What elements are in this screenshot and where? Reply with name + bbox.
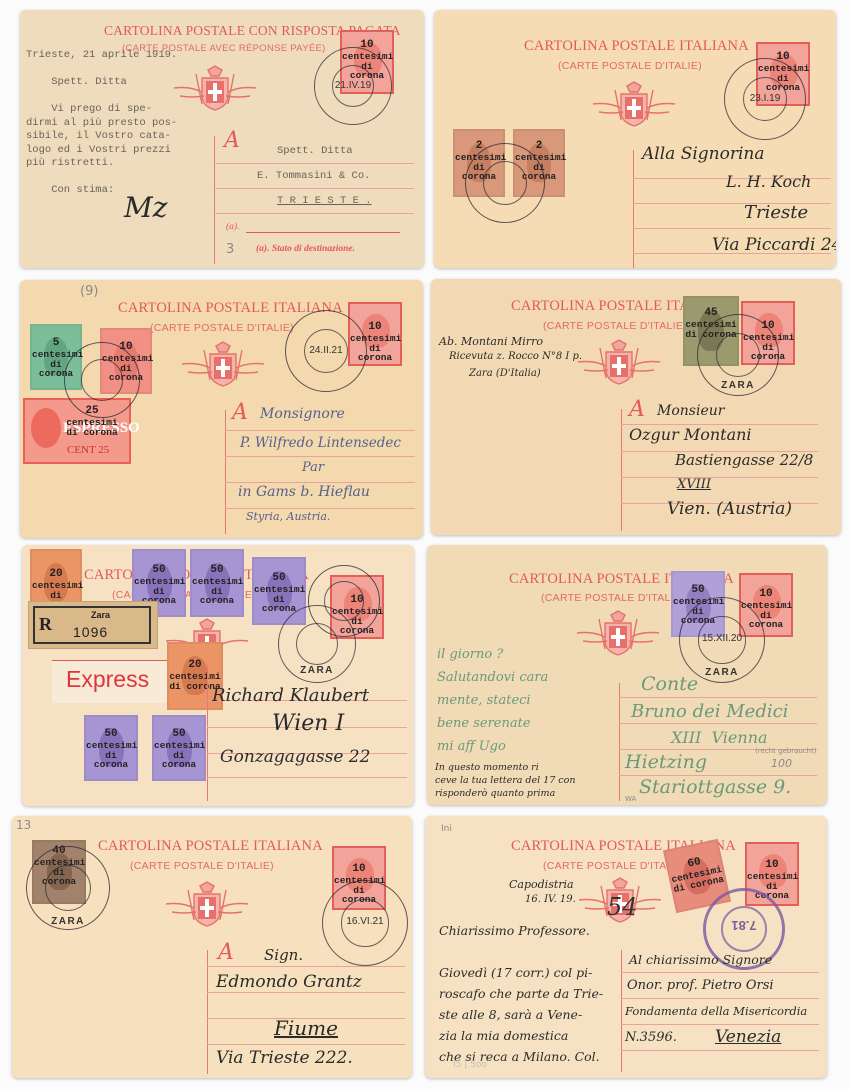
address-line-2: E. Tommasini & Co. (257, 170, 370, 184)
sender-line-1: Ab. Montani Mirro (439, 335, 543, 349)
address-line-2: P. Wilfredo Lintensedec (240, 435, 401, 452)
divider-line (207, 665, 208, 801)
address-line-2: Ozgur Montani (629, 425, 752, 445)
address-line-5: Styria, Austria. (246, 510, 330, 524)
postcard-8: Ini CARTOLINA POSTALE ITALIANA (CARTE PO… (425, 816, 827, 1078)
address-line-3: Trieste (744, 202, 808, 225)
postmark: ZARA (26, 846, 110, 930)
address-line-5: Stariottgasse 9. (639, 776, 791, 800)
coat-of-arms-icon (170, 62, 260, 118)
postcard-7: 13 CARTOLINA POSTALE ITALIANA (CARTE POS… (12, 816, 412, 1078)
address-line-1: Conte (641, 673, 698, 697)
address-line-1: Al chiarissimo Signore (629, 952, 772, 968)
divider-line (633, 150, 634, 268)
address-line-1: Monsignore (260, 406, 345, 424)
address-line-4: Via Trieste 222. (216, 1048, 353, 1069)
postmark (465, 143, 545, 223)
address-line-1: Alla Signorina (642, 144, 765, 165)
divider-line (621, 950, 622, 1072)
card-subtitle: (CARTE POSTALE D'ITALIE) (150, 322, 294, 334)
postmark (64, 342, 140, 418)
divider-line (207, 950, 208, 1074)
address-line-1: Richard Klaubert (212, 685, 369, 708)
address-line (214, 163, 414, 164)
postcard-5: CARTOLINA POSTALE ITALIANA (CARTE POSTAL… (22, 545, 414, 806)
divider-line (214, 136, 215, 264)
coat-of-arms-icon (574, 336, 664, 392)
postmark: 23.I.19 (724, 58, 806, 140)
coat-of-arms-icon (162, 878, 252, 934)
address-line-2: Onor. prof. Pietro Orsi (627, 978, 774, 994)
pencil-price: 100 (771, 757, 792, 770)
registration-label: R Zara 1096 (28, 601, 158, 649)
address-mark: A (224, 128, 240, 153)
big-pencil-mark: 54 (607, 892, 638, 922)
address-line-3: Fondamenta della Misericordia (625, 1004, 807, 1018)
coat-of-arms-icon (573, 607, 663, 663)
card-subtitle: (CARTE POSTALE D'ITALIE) (541, 592, 685, 604)
sender-line-2: Ricevuta z. Rocco N°8 I p. (449, 351, 582, 364)
stamp-50c-5: 50centesimidi corona (152, 715, 206, 781)
pencil-note: (9) (80, 284, 98, 299)
signature: Mz (124, 190, 167, 225)
address-mark: A (218, 940, 234, 965)
address-mark: A (232, 400, 248, 425)
address-line-3: Fiume (274, 1016, 338, 1041)
address-line-3: Par (302, 460, 324, 476)
address-line-5: Vien. (Austria) (667, 499, 792, 520)
coat-of-arms-icon (178, 338, 268, 394)
card-subtitle: (CARTE POSTALE D'ITALIE) (543, 320, 687, 332)
postmark: ZARA (697, 314, 779, 396)
pencil-note: Ini (441, 824, 452, 834)
address-line-2: L. H. Koch (726, 172, 811, 192)
address-line-1: Sign. (264, 946, 303, 965)
address-line-3: Bastiengasse 22/8 (675, 451, 813, 470)
postcard-4: CARTOLINA POSTALE ITALIANA (CARTE POSTAL… (431, 279, 841, 535)
address-line-3: Gonzagagasse 22 (220, 747, 370, 768)
postmark: 16.VI.21 (322, 880, 408, 966)
address-line-2: Bruno dei Medici (631, 701, 788, 724)
pencil-note: 3 (226, 242, 234, 257)
address-line-2: Wien I (272, 710, 344, 738)
address-mark: A (629, 397, 645, 422)
card-subtitle: (CARTE POSTALE D'ITALIE) (558, 60, 702, 72)
card-subtitle: (CARTE POSTALE D'ITALIE) (130, 860, 274, 872)
coat-of-arms-icon (589, 78, 679, 134)
address-line-1: Monsieur (657, 403, 724, 421)
address-line-3: T R I E S T E . (277, 195, 372, 209)
address-line-4: Via Piccardi 24 (712, 235, 836, 256)
address-line-4: XVIII (677, 477, 711, 493)
postmark (308, 565, 380, 637)
address-line-5: Venezia (715, 1027, 781, 1048)
sender-line-3: Zara (D'Italia) (469, 368, 541, 381)
address-line-4: Hietzing (625, 751, 707, 775)
address-line-3: XIII Vienna (671, 728, 768, 748)
stamp-50c-4: 50centesimidi corona (84, 715, 138, 781)
pencil-bottom: I5 | 5oo (453, 1060, 487, 1070)
postmark: 15.XII.20 ZARA (679, 597, 765, 683)
card-title: CARTOLINA POSTALE ITALIANA (524, 38, 749, 55)
footnote: (a). Stato di destinazione. (256, 244, 355, 254)
stamp-50c-2: 50centesimidi corona (190, 549, 244, 617)
divider-line (619, 683, 620, 801)
address-line-2: Edmondo Grantz (216, 972, 362, 993)
pencil-note: 13 (16, 818, 31, 832)
postcard-6: CARTOLINA POSTALE ITALIANA (CARTE POSTAL… (427, 545, 827, 805)
divider-line (621, 409, 622, 531)
divider-line (225, 410, 226, 534)
postcard-3: (9) CARTOLINA POSTALE ITALIANA (CARTE PO… (20, 280, 423, 538)
typed-message: Trieste, 21 aprile 1919. Spett. Ditta Vi… (26, 49, 177, 198)
address-line-1: Spett. Ditta (277, 145, 353, 159)
postmark: 21.IV.19 (314, 47, 392, 125)
express-label: Express (52, 660, 182, 703)
address-line-4: in Gams b. Hieflau (238, 484, 370, 502)
postcard-1: CARTOLINA POSTALE CON RISPOSTA PAGATA (C… (20, 10, 424, 268)
pencil-initials: WA (625, 795, 636, 803)
place: Capodistria (509, 878, 574, 892)
date: 16. IV. 19. (525, 894, 576, 907)
destination-field: (a). (226, 222, 239, 232)
postcard-2: CARTOLINA POSTALE ITALIANA (CARTE POSTAL… (434, 10, 836, 268)
address-line (214, 188, 414, 189)
message-black: In questo momento ri ceve la tua lettera… (435, 761, 575, 800)
postmark: 24.II.21 (285, 310, 367, 392)
card-title: CARTOLINA POSTALE ITALIANA (98, 838, 323, 855)
message: Chiarissimo Professore. Giovedì (17 corr… (439, 920, 603, 1067)
destination-line (246, 232, 400, 233)
address-line-4: N.3596. (625, 1030, 677, 1046)
message-green: il giorno ? Salutandovi cara mente, stat… (437, 643, 548, 758)
address-line (214, 213, 414, 214)
pencil-note-small: (recht gebraucht) (755, 747, 817, 755)
